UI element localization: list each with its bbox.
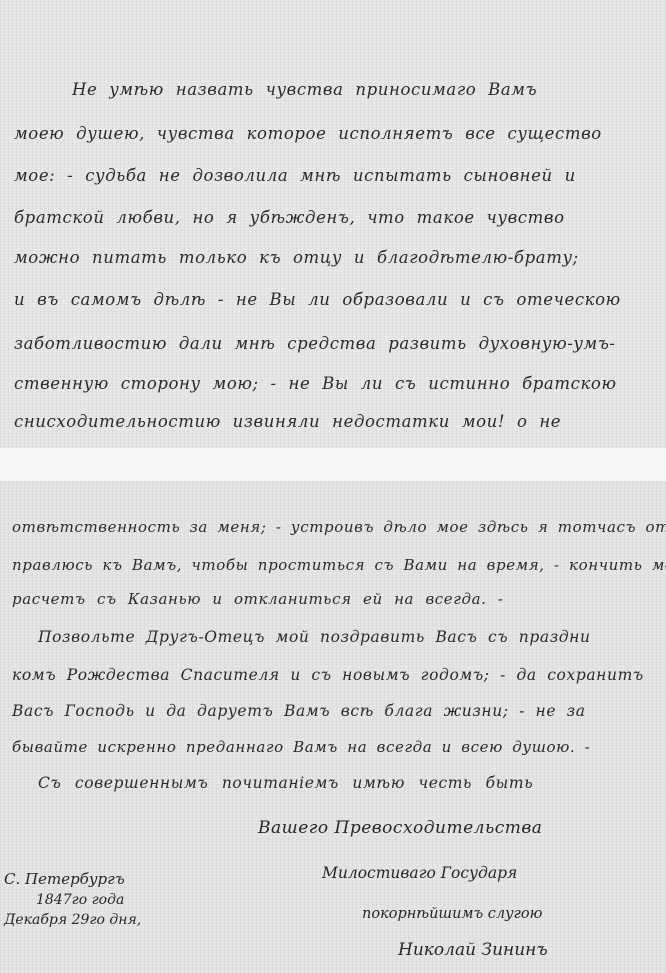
year: 1847го года xyxy=(36,892,124,908)
closing-line-2: Милостиваго Государя xyxy=(322,864,517,882)
letter-line: можно питать только къ отцу и благодѣтел… xyxy=(14,248,579,267)
letter-line: снисходительностию извиняли недостатки м… xyxy=(14,412,561,431)
letter-line: мое: - судьба не дозволила мнѣ испытать … xyxy=(14,166,576,185)
date: Декабря 29го дня, xyxy=(4,912,141,928)
letter-line: ственную сторону мою; - не Вы ли съ исти… xyxy=(14,374,617,393)
letter-line: правлюсь къ Вамъ, чтобы проститься съ Ва… xyxy=(12,556,666,574)
closing-line-1: Вашего Превосходительства xyxy=(258,818,542,838)
page-separator xyxy=(0,448,666,481)
letter-line: моею душею, чувства которое исполняетъ в… xyxy=(14,124,602,143)
signature: Николай Зининъ xyxy=(398,940,548,960)
letter-line: комъ Рождества Спасителя и съ новымъ год… xyxy=(12,666,644,684)
place: С. Петербургъ xyxy=(4,870,125,888)
letter-line: бывайте искренно преданнаго Вамъ на всег… xyxy=(12,738,590,756)
letter-line: братской любви, но я убѣжденъ, что такое… xyxy=(14,208,565,227)
letter-line: отвѣтственность за меня; - устроивъ дѣло… xyxy=(12,518,666,536)
letter-line: и въ самомъ дѣлѣ - не Вы ли образовали и… xyxy=(14,290,621,309)
letter-line: заботливостию дали мнѣ средства развить … xyxy=(14,334,616,353)
letter-line: Васъ Господь и да даруетъ Вамъ всѣ блага… xyxy=(12,702,586,720)
letter-line: Съ совершеннымъ почитаніемъ имѣю честь б… xyxy=(38,774,533,792)
letter-line: расчетъ съ Казанью и откланиться ей на в… xyxy=(12,590,504,608)
closing-line-3: покорнѣйшимъ слугою xyxy=(362,906,542,922)
letter-line: Позвольте Другъ-Отецъ мой поздравить Вас… xyxy=(38,628,591,646)
letter-line: Не умѣю назвать чувства приносимаго Вамъ xyxy=(72,80,537,99)
